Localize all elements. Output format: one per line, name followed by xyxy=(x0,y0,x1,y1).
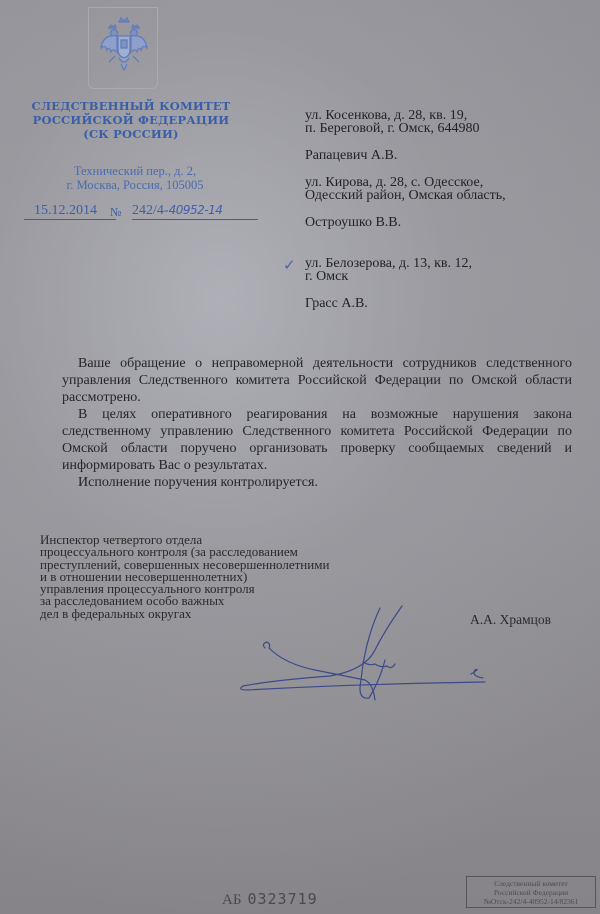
reference-number: 242/4-40952-14 xyxy=(132,203,258,220)
addressee-3-address-line2: г. Омск xyxy=(305,270,472,283)
letter-date: 15.12.2014 xyxy=(24,203,116,220)
serial-number: 0323719 xyxy=(247,890,317,908)
registration-stamp: Следственный комитет Российской Федераци… xyxy=(466,876,596,908)
org-address-line1: Технический пер., д. 2, xyxy=(40,164,230,178)
organization-name: СЛЕДСТВЕННЫЙ КОМИТЕТ РОССИЙСКОЙ ФЕДЕРАЦИ… xyxy=(24,99,238,141)
reference-number-handwritten: 40952-14 xyxy=(169,203,223,217)
stamp-line1: Следственный комитет xyxy=(467,879,595,888)
signer-name: А.А. Храмцов xyxy=(470,612,551,628)
org-address-line2: г. Москва, Россия, 105005 xyxy=(40,178,230,192)
letter-page: СЛЕДСТВЕННЫЙ КОМИТЕТ РОССИЙСКОЙ ФЕДЕРАЦИ… xyxy=(0,0,600,914)
org-name-line3: (СК РОССИИ) xyxy=(24,127,238,141)
addressee-2-name: Остроушко В.В. xyxy=(305,216,401,229)
body-paragraph-3: Исполнение поручения контролируется. xyxy=(62,474,572,491)
addressee-1-name: Рапацевич А.В. xyxy=(305,149,397,162)
reference-line: 15.12.2014 № 242/4-40952-14 xyxy=(22,203,242,223)
stamp-line2: Российской Федерации xyxy=(467,888,595,897)
organization-address: Технический пер., д. 2, г. Москва, Росси… xyxy=(40,164,230,192)
addressee-2-address-line2: Одесский район, Омская область, xyxy=(305,189,506,202)
addressee-3-name: Грасс А.В. xyxy=(305,297,368,310)
addressee-3-address: ул. Белозерова, д. 13, кв. 12, г. Омск xyxy=(305,257,472,283)
checkmark-icon: ✓ xyxy=(283,256,296,274)
org-name-line2: РОССИЙСКОЙ ФЕДЕРАЦИИ xyxy=(24,113,238,127)
reference-number-printed: 242/4- xyxy=(132,203,169,218)
letter-body: Ваше обращение о неправомерной деятельно… xyxy=(62,355,572,491)
body-paragraph-2: В целях оперативного реагирования на воз… xyxy=(62,406,572,474)
addressee-1-address-line2: п. Береговой, г. Омск, 644980 xyxy=(305,122,480,135)
coat-of-arms-emblem xyxy=(88,7,158,89)
stamp-line3: №Отск-242/4-40952-14/82361 xyxy=(467,897,595,906)
number-sign: № xyxy=(110,205,121,220)
serial-series: АБ xyxy=(222,892,241,908)
addressee-1-address: ул. Косенкова, д. 28, кв. 19, п. Берегов… xyxy=(305,109,480,135)
org-name-line1: СЛЕДСТВЕННЫЙ КОМИТЕТ xyxy=(24,99,238,113)
body-paragraph-1: Ваше обращение о неправомерной деятельно… xyxy=(62,355,572,406)
form-serial-number: АБ0323719 xyxy=(222,890,318,909)
addressee-2-address: ул. Кирова, д. 28, с. Одесское, Одесский… xyxy=(305,176,506,202)
double-headed-eagle-icon xyxy=(97,16,151,80)
handwritten-signature xyxy=(235,600,495,710)
